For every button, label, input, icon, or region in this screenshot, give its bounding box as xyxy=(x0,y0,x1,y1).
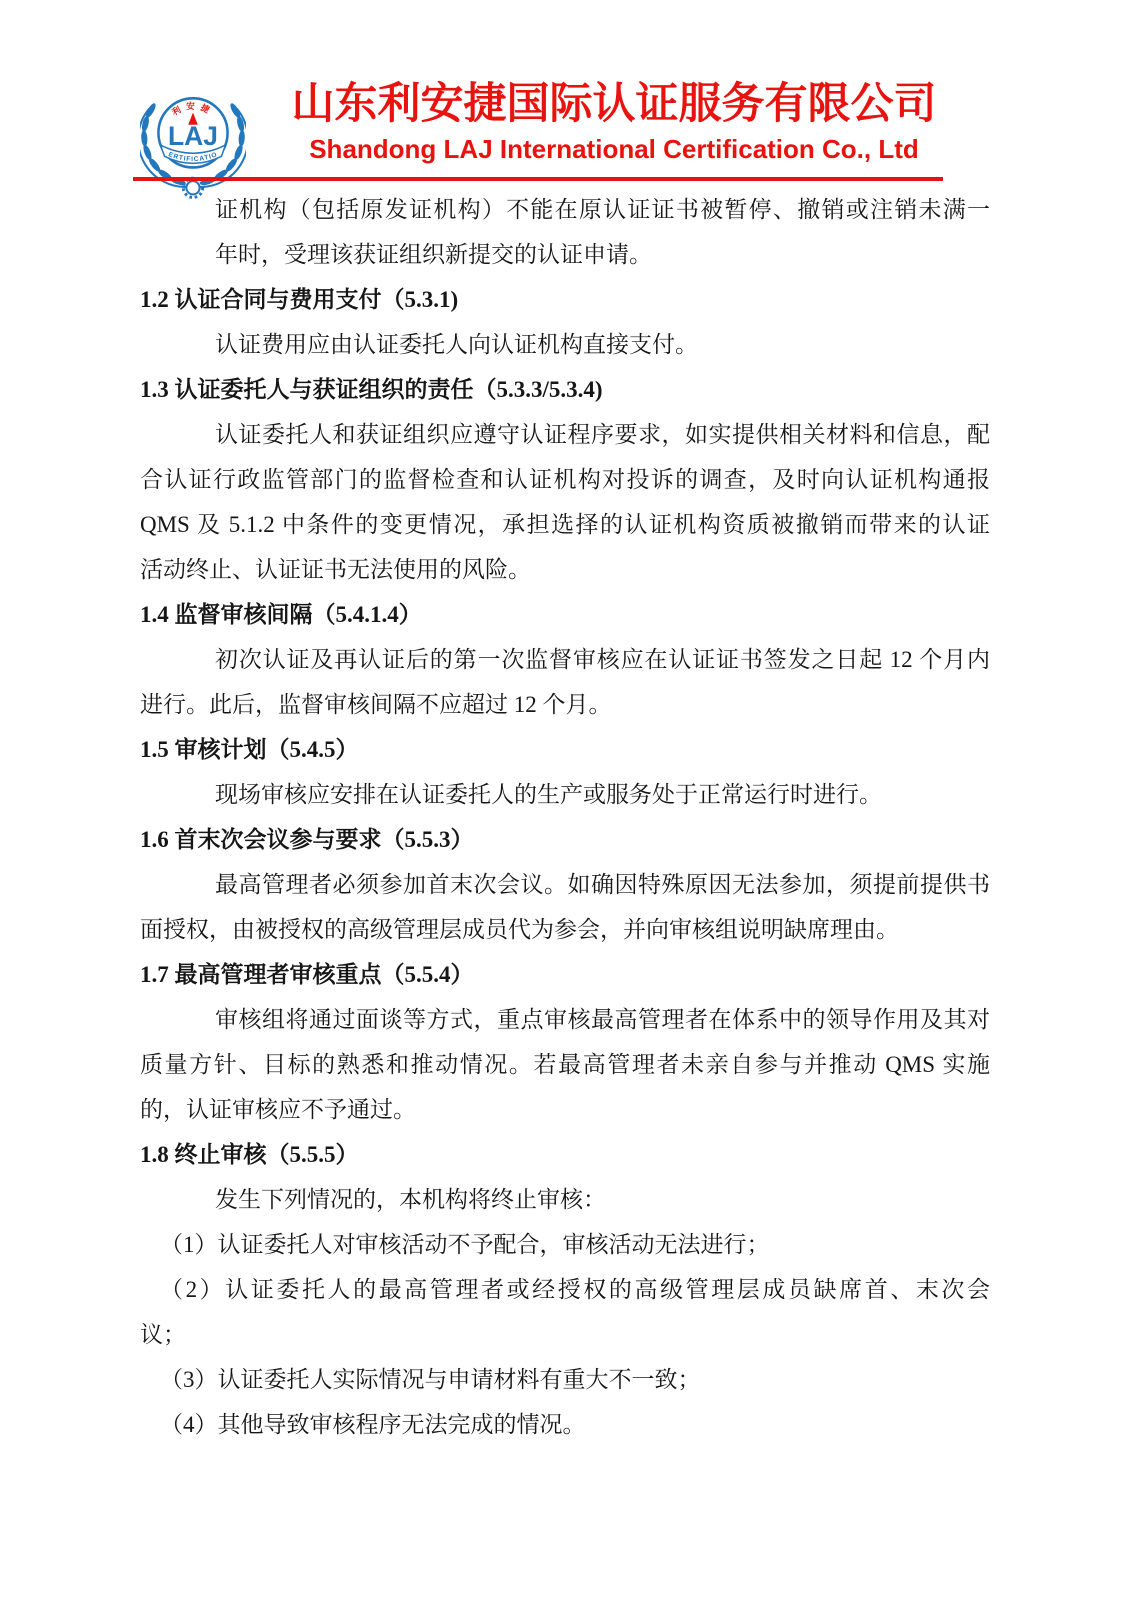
list-item-2-continuation: 议； xyxy=(140,1312,990,1357)
list-item-1: （1）认证委托人对审核活动不予配合，审核活动无法进行； xyxy=(140,1222,990,1267)
company-name-chinese: 山东利安捷国际认证服务有限公司 xyxy=(268,80,960,129)
paragraph-line: 质量方针、目标的熟悉和推动情况。若最高管理者未亲自参与并推动 QMS 实施 xyxy=(140,1042,990,1087)
paragraph-line: 最高管理者必须参加首末次会议。如确因特殊原因无法参加，须提前提供书 xyxy=(140,862,990,907)
paragraph-line: 初次认证及再认证后的第一次监督审核应在认证证书签发之日起 12 个月内 xyxy=(140,637,990,682)
header-divider xyxy=(133,177,943,181)
paragraph-line: 合认证行政监管部门的监督检查和认证机构对投诉的调查，及时向认证机构通报 xyxy=(140,457,990,502)
document-page: 利安捷 LAJ CERTIFICATION 山东利安捷国际认证服务有限公司 Sh… xyxy=(0,0,1131,1600)
paragraph-line: 认证费用应由认证委托人向认证机构直接支付。 xyxy=(140,322,990,367)
carryover-line: 证机构（包括原发证机构）不能在原认证证书被暂停、撤销或注销未满一 xyxy=(140,187,990,232)
paragraph-line: QMS 及 5.1.2 中条件的变更情况，承担选择的认证机构资质被撤销而带来的认… xyxy=(140,502,990,547)
company-name-english: Shandong LAJ International Certification… xyxy=(268,134,960,165)
logo-letters: LAJ xyxy=(168,121,218,151)
section-heading-1-3: 1.3 认证委托人与获证组织的责任（5.3.3/5.3.4) xyxy=(140,367,990,412)
paragraph-line: 进行。此后，监督审核间隔不应超过 12 个月。 xyxy=(140,682,990,727)
section-heading-1-6: 1.6 首末次会议参与要求（5.5.3） xyxy=(140,817,990,862)
paragraph-line: 现场审核应安排在认证委托人的生产或服务处于正常运行时进行。 xyxy=(140,772,990,817)
list-item-3: （3）认证委托人实际情况与申请材料有重大不一致； xyxy=(140,1357,990,1402)
section-heading-1-4: 1.4 监督审核间隔（5.4.1.4） xyxy=(140,592,990,637)
paragraph-line: 发生下列情况的，本机构将终止审核： xyxy=(140,1177,990,1222)
document-body: 证机构（包括原发证机构）不能在原认证证书被暂停、撤销或注销未满一 年时，受理该获… xyxy=(140,187,990,1447)
carryover-line: 年时，受理该获证组织新提交的认证申请。 xyxy=(140,232,990,277)
company-logo-icon: 利安捷 LAJ CERTIFICATION xyxy=(140,78,246,202)
paragraph-line: 认证委托人和获证组织应遵守认证程序要求，如实提供相关材料和信息，配 xyxy=(140,412,990,457)
section-heading-1-5: 1.5 审核计划（5.4.5） xyxy=(140,727,990,772)
section-heading-1-8: 1.8 终止审核（5.5.5） xyxy=(140,1132,990,1177)
paragraph-line: 的，认证审核应不予通过。 xyxy=(140,1087,990,1132)
paragraph-line: 活动终止、认证证书无法使用的风险。 xyxy=(140,547,990,592)
paragraph-line: 审核组将通过面谈等方式，重点审核最高管理者在体系中的领导作用及其对 xyxy=(140,997,990,1042)
list-item-4: （4）其他导致审核程序无法完成的情况。 xyxy=(140,1402,990,1447)
section-heading-1-2: 1.2 认证合同与费用支付（5.3.1) xyxy=(140,277,990,322)
paragraph-line: 面授权，由被授权的高级管理层成员代为参会，并向审核组说明缺席理由。 xyxy=(140,907,990,952)
list-item-2: （2）认证委托人的最高管理者或经授权的高级管理层成员缺席首、末次会 xyxy=(140,1267,990,1312)
section-heading-1-7: 1.7 最高管理者审核重点（5.5.4） xyxy=(140,952,990,997)
